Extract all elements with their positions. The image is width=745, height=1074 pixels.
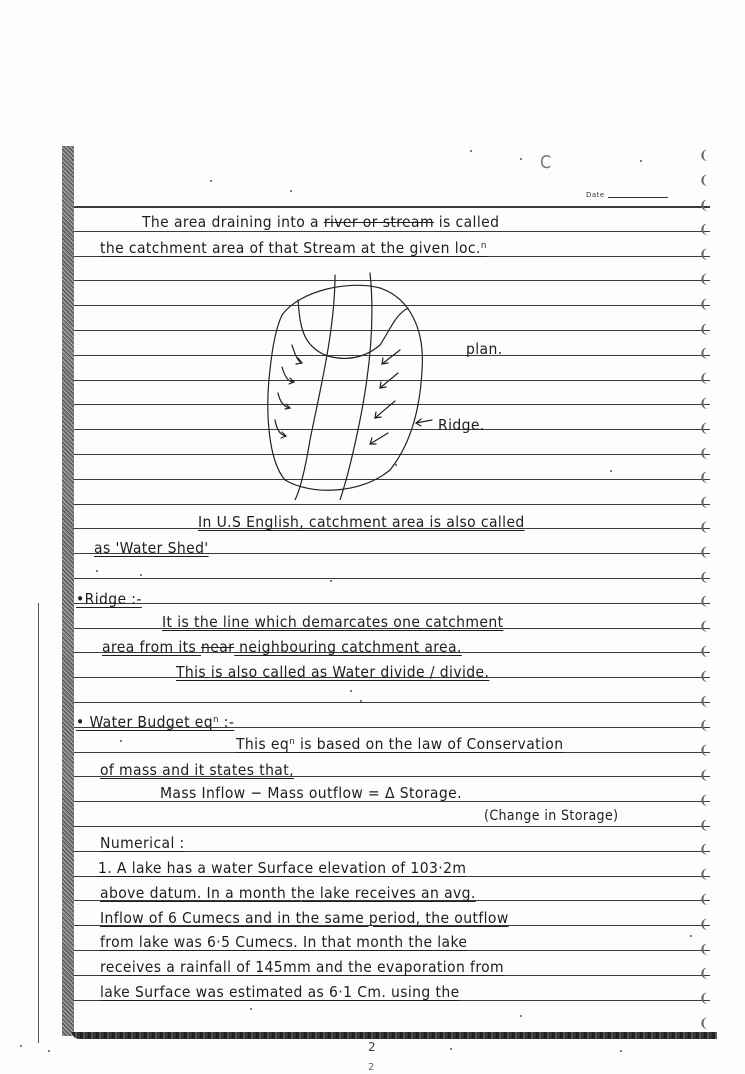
spiral-ring-icon: ❨ bbox=[699, 867, 709, 881]
water-budget-heading: • Water Budget eqⁿ :- bbox=[76, 713, 234, 731]
page-number: 2 bbox=[368, 1040, 376, 1054]
numerical-line: Inflow of 6 Cumecs and in the same perio… bbox=[100, 909, 509, 927]
water-budget-equation: Mass Inflow − Mass outflow = Δ Storage. bbox=[160, 784, 462, 802]
spiral-ring-icon: ❨ bbox=[699, 619, 709, 633]
ridge-line-2-b: neighbouring catchment area. bbox=[234, 638, 462, 656]
spiral-ring-icon: ❨ bbox=[699, 1016, 709, 1030]
diagram-label-ridge: Ridge. bbox=[438, 416, 485, 434]
scan-speck bbox=[620, 1050, 622, 1052]
spiral-ring-icon: ❨ bbox=[699, 371, 709, 385]
spiral-ring-icon: ❨ bbox=[699, 842, 709, 856]
spiral-ring-icon: ❨ bbox=[699, 570, 709, 584]
scan-speck bbox=[48, 1050, 50, 1052]
spiral-ring-icon: ❨ bbox=[699, 892, 709, 906]
scan-speck bbox=[360, 700, 362, 702]
ridge-line-1: It is the line which demarcates one catc… bbox=[162, 613, 503, 631]
scan-speck bbox=[120, 740, 122, 742]
watershed-line-2: as 'Water Shed' bbox=[94, 539, 209, 557]
margin-scan-line bbox=[38, 603, 39, 1043]
scan-speck bbox=[690, 935, 692, 937]
ruled-line bbox=[74, 206, 710, 208]
spiral-ring-icon: ❨ bbox=[699, 198, 709, 212]
scan-speck bbox=[140, 574, 142, 576]
page-number-bleed: 2 bbox=[368, 1062, 374, 1073]
date-field-line bbox=[608, 197, 668, 198]
ridge-boundary bbox=[268, 285, 423, 490]
water-budget-equation-note: (Change in Storage) bbox=[484, 808, 618, 824]
stream-left bbox=[295, 275, 335, 500]
numerical-line: lake Surface was estimated as 6·1 Cm. us… bbox=[100, 983, 460, 1001]
ruled-line bbox=[74, 231, 710, 232]
scan-speck bbox=[210, 180, 212, 182]
scan-speck bbox=[520, 158, 522, 160]
spiral-ring-icon: ❨ bbox=[699, 818, 709, 832]
ruled-line bbox=[74, 702, 710, 703]
spiral-ring-icon: ❨ bbox=[699, 520, 709, 534]
spiral-ring-icon: ❨ bbox=[699, 272, 709, 286]
spiral-ring-icon: ❨ bbox=[699, 173, 709, 187]
corner-mark: C bbox=[540, 152, 552, 173]
scan-speck bbox=[330, 580, 332, 582]
ridge-line-2: area from its near neighbouring catchmen… bbox=[102, 638, 462, 656]
numerical-heading: Numerical : bbox=[100, 834, 185, 852]
ruled-line bbox=[74, 578, 710, 579]
scan-speck bbox=[395, 464, 397, 466]
water-budget-line-2: of mass and it states that, bbox=[100, 761, 294, 779]
scan-speck bbox=[520, 1015, 522, 1017]
spiral-ring-icon: ❨ bbox=[699, 991, 709, 1005]
scan-speck bbox=[640, 160, 642, 162]
spiral-ring-icon: ❨ bbox=[699, 743, 709, 757]
ridge-struck-text: near bbox=[201, 638, 234, 656]
ridge-line-3: This is also called as Water divide / di… bbox=[176, 663, 489, 681]
ruled-line bbox=[74, 826, 710, 827]
intro-struck-text: river or stream bbox=[324, 213, 434, 231]
watershed-line-1: In U.S English, catchment area is also c… bbox=[198, 513, 525, 531]
date-label: Date bbox=[586, 191, 605, 199]
diagram-label-plan: plan. bbox=[466, 340, 503, 358]
notebook-binding bbox=[62, 146, 74, 1036]
spiral-ring-icon: ❨ bbox=[699, 421, 709, 435]
spiral-ring-icon: ❨ bbox=[699, 594, 709, 608]
spiral-ring-icon: ❨ bbox=[699, 917, 709, 931]
spiral-ring-icon: ❨ bbox=[699, 694, 709, 708]
spiral-ring-icon: ❨ bbox=[699, 718, 709, 732]
numerical-line: 1. A lake has a water Surface elevation … bbox=[98, 859, 466, 877]
intro-text-b: is called bbox=[434, 213, 499, 231]
stream-right bbox=[340, 273, 372, 500]
scan-speck bbox=[450, 1048, 452, 1050]
spiral-ring-icon: ❨ bbox=[699, 148, 709, 162]
scan-speck bbox=[96, 570, 98, 572]
spiral-ring-icon: ❨ bbox=[699, 446, 709, 460]
spiral-ring-icon: ❨ bbox=[699, 322, 709, 336]
ruled-line bbox=[74, 603, 710, 604]
spiral-ring-icon: ❨ bbox=[699, 247, 709, 261]
ruled-line bbox=[74, 504, 710, 505]
intro-line-2: the catchment area of that Stream at the… bbox=[100, 239, 487, 257]
inner-sub-catchment bbox=[298, 300, 408, 358]
catchment-plan-diagram bbox=[240, 270, 540, 500]
spiral-ring-icon: ❨ bbox=[699, 470, 709, 484]
scan-speck bbox=[350, 690, 352, 692]
scan-speck bbox=[250, 1008, 252, 1010]
spiral-ring-icon: ❨ bbox=[699, 346, 709, 360]
spiral-ring-icon: ❨ bbox=[699, 768, 709, 782]
numerical-line: from lake was 6·5 Cumecs. In that month … bbox=[100, 933, 467, 951]
water-budget-line-1: This eqⁿ is based on the law of Conserva… bbox=[236, 735, 563, 753]
spiral-ring-icon: ❨ bbox=[699, 545, 709, 559]
spiral-ring-icon: ❨ bbox=[699, 793, 709, 807]
spiral-ring-icon: ❨ bbox=[699, 644, 709, 658]
spiral-ring-icon: ❨ bbox=[699, 297, 709, 311]
numerical-line: receives a rainfall of 145mm and the eva… bbox=[100, 958, 504, 976]
ridge-heading: •Ridge :- bbox=[76, 590, 142, 608]
scan-speck bbox=[290, 190, 292, 192]
spiral-ring-icon: ❨ bbox=[699, 396, 709, 410]
scan-speck bbox=[470, 150, 472, 152]
spiral-ring-icon: ❨ bbox=[699, 222, 709, 236]
spiral-ring-icon: ❨ bbox=[699, 966, 709, 980]
page-bottom-edge bbox=[72, 1032, 717, 1039]
spiral-ring-icon: ❨ bbox=[699, 942, 709, 956]
scan-speck bbox=[20, 1045, 22, 1047]
scan-speck bbox=[610, 470, 612, 472]
intro-line-1: The area draining into a river or stream… bbox=[142, 213, 499, 231]
spiral-ring-icon: ❨ bbox=[699, 669, 709, 683]
scan-speck bbox=[300, 900, 302, 902]
ridge-line-2-a: area from its bbox=[102, 638, 201, 656]
spiral-ring-icon: ❨ bbox=[699, 495, 709, 509]
intro-text-a: The area draining into a bbox=[142, 213, 324, 231]
numerical-line: above datum. In a month the lake receive… bbox=[100, 884, 476, 902]
